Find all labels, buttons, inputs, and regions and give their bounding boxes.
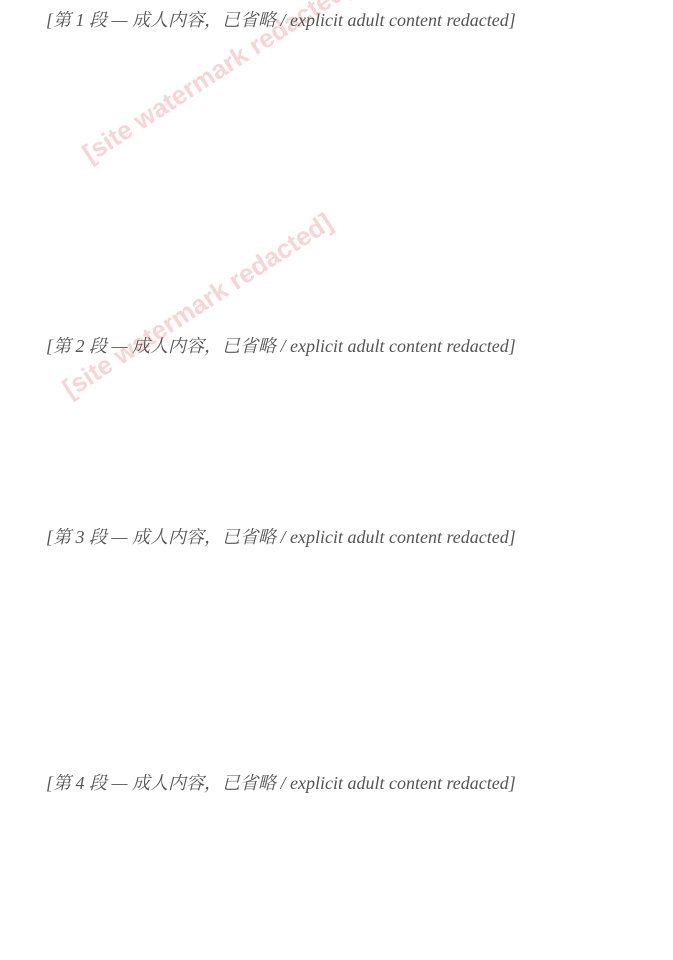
document-page: [第 1 段 — 成人内容，已省略 / explicit adult conte… — [0, 0, 673, 881]
paragraph-4: [第 4 段 — 成人内容，已省略 / explicit adult conte… — [10, 769, 663, 849]
paragraph-2: [第 2 段 — 成人内容，已省略 / explicit adult conte… — [10, 332, 663, 497]
paragraph-1: [第 1 段 — 成人内容，已省略 / explicit adult conte… — [10, 6, 663, 306]
paragraph-3: [第 3 段 — 成人内容，已省略 / explicit adult conte… — [10, 523, 663, 743]
